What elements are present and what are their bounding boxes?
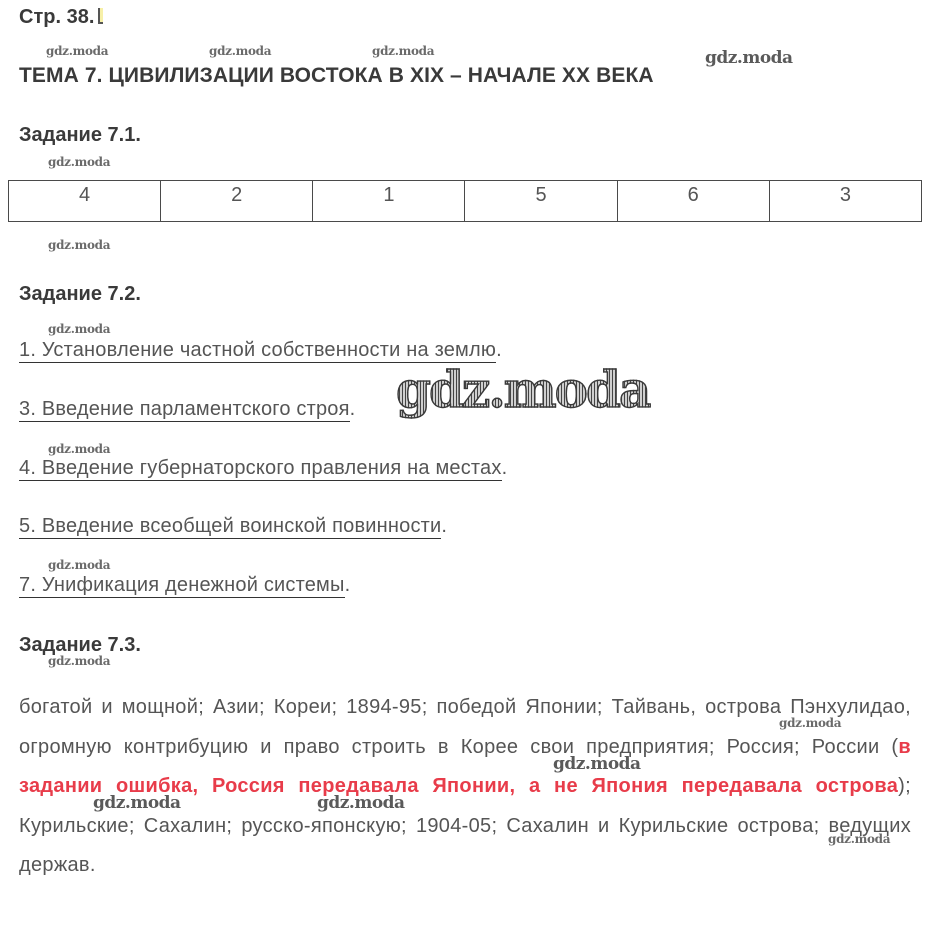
cursor-mark [98,8,103,24]
watermark: gdz.moda [317,793,405,813]
task-7-1-title: Задание 7.1. [19,124,141,147]
list-item: 3. Введение парламентского строя. [19,398,355,421]
watermark-large: gdz.moda [396,360,649,419]
watermark: gdz.moda [93,793,181,813]
task-7-1-answer-table: 4 2 1 5 6 3 [8,180,922,222]
watermark: gdz.moda [46,44,108,58]
task-7-3-answer-text: богатой и мощной; Азии; Кореи; 1894-95; … [19,688,911,886]
theme-title: ТЕМА 7. ЦИВИЛИЗАЦИИ ВОСТОКА В XIX – НАЧА… [19,64,654,88]
watermark: gdz.moda [48,442,110,456]
watermark: gdz.moda [828,832,890,846]
watermark: gdz.moda [48,558,110,572]
watermark: gdz.moda [372,44,434,58]
list-item: 1. Установление частной собственности на… [19,339,502,362]
watermark: gdz.moda [209,44,271,58]
table-row: 4 2 1 5 6 3 [9,181,922,222]
watermark: gdz.moda [48,654,110,668]
answer-cell: 5 [465,181,617,222]
watermark: gdz.moda [48,155,110,169]
watermark: gdz.moda [553,754,641,774]
list-item: 4. Введение губернаторского правления на… [19,457,507,480]
task-7-2-title: Задание 7.2. [19,283,141,306]
page-label-text: Стр. 38. [19,6,94,28]
watermark: gdz.moda [779,716,841,730]
list-item: 7. Унификация денежной системы. [19,574,350,597]
watermark: gdz.moda [48,238,110,252]
answer-cell: 2 [161,181,313,222]
page-label: Стр. 38. [19,6,103,29]
answer-cell: 4 [9,181,161,222]
answer-cell: 3 [769,181,921,222]
watermark: gdz.moda [705,48,793,68]
list-item: 5. Введение всеобщей воинской повинности… [19,515,447,538]
answer-cell: 1 [313,181,465,222]
answer-cell: 6 [617,181,769,222]
watermark: gdz.moda [48,322,110,336]
